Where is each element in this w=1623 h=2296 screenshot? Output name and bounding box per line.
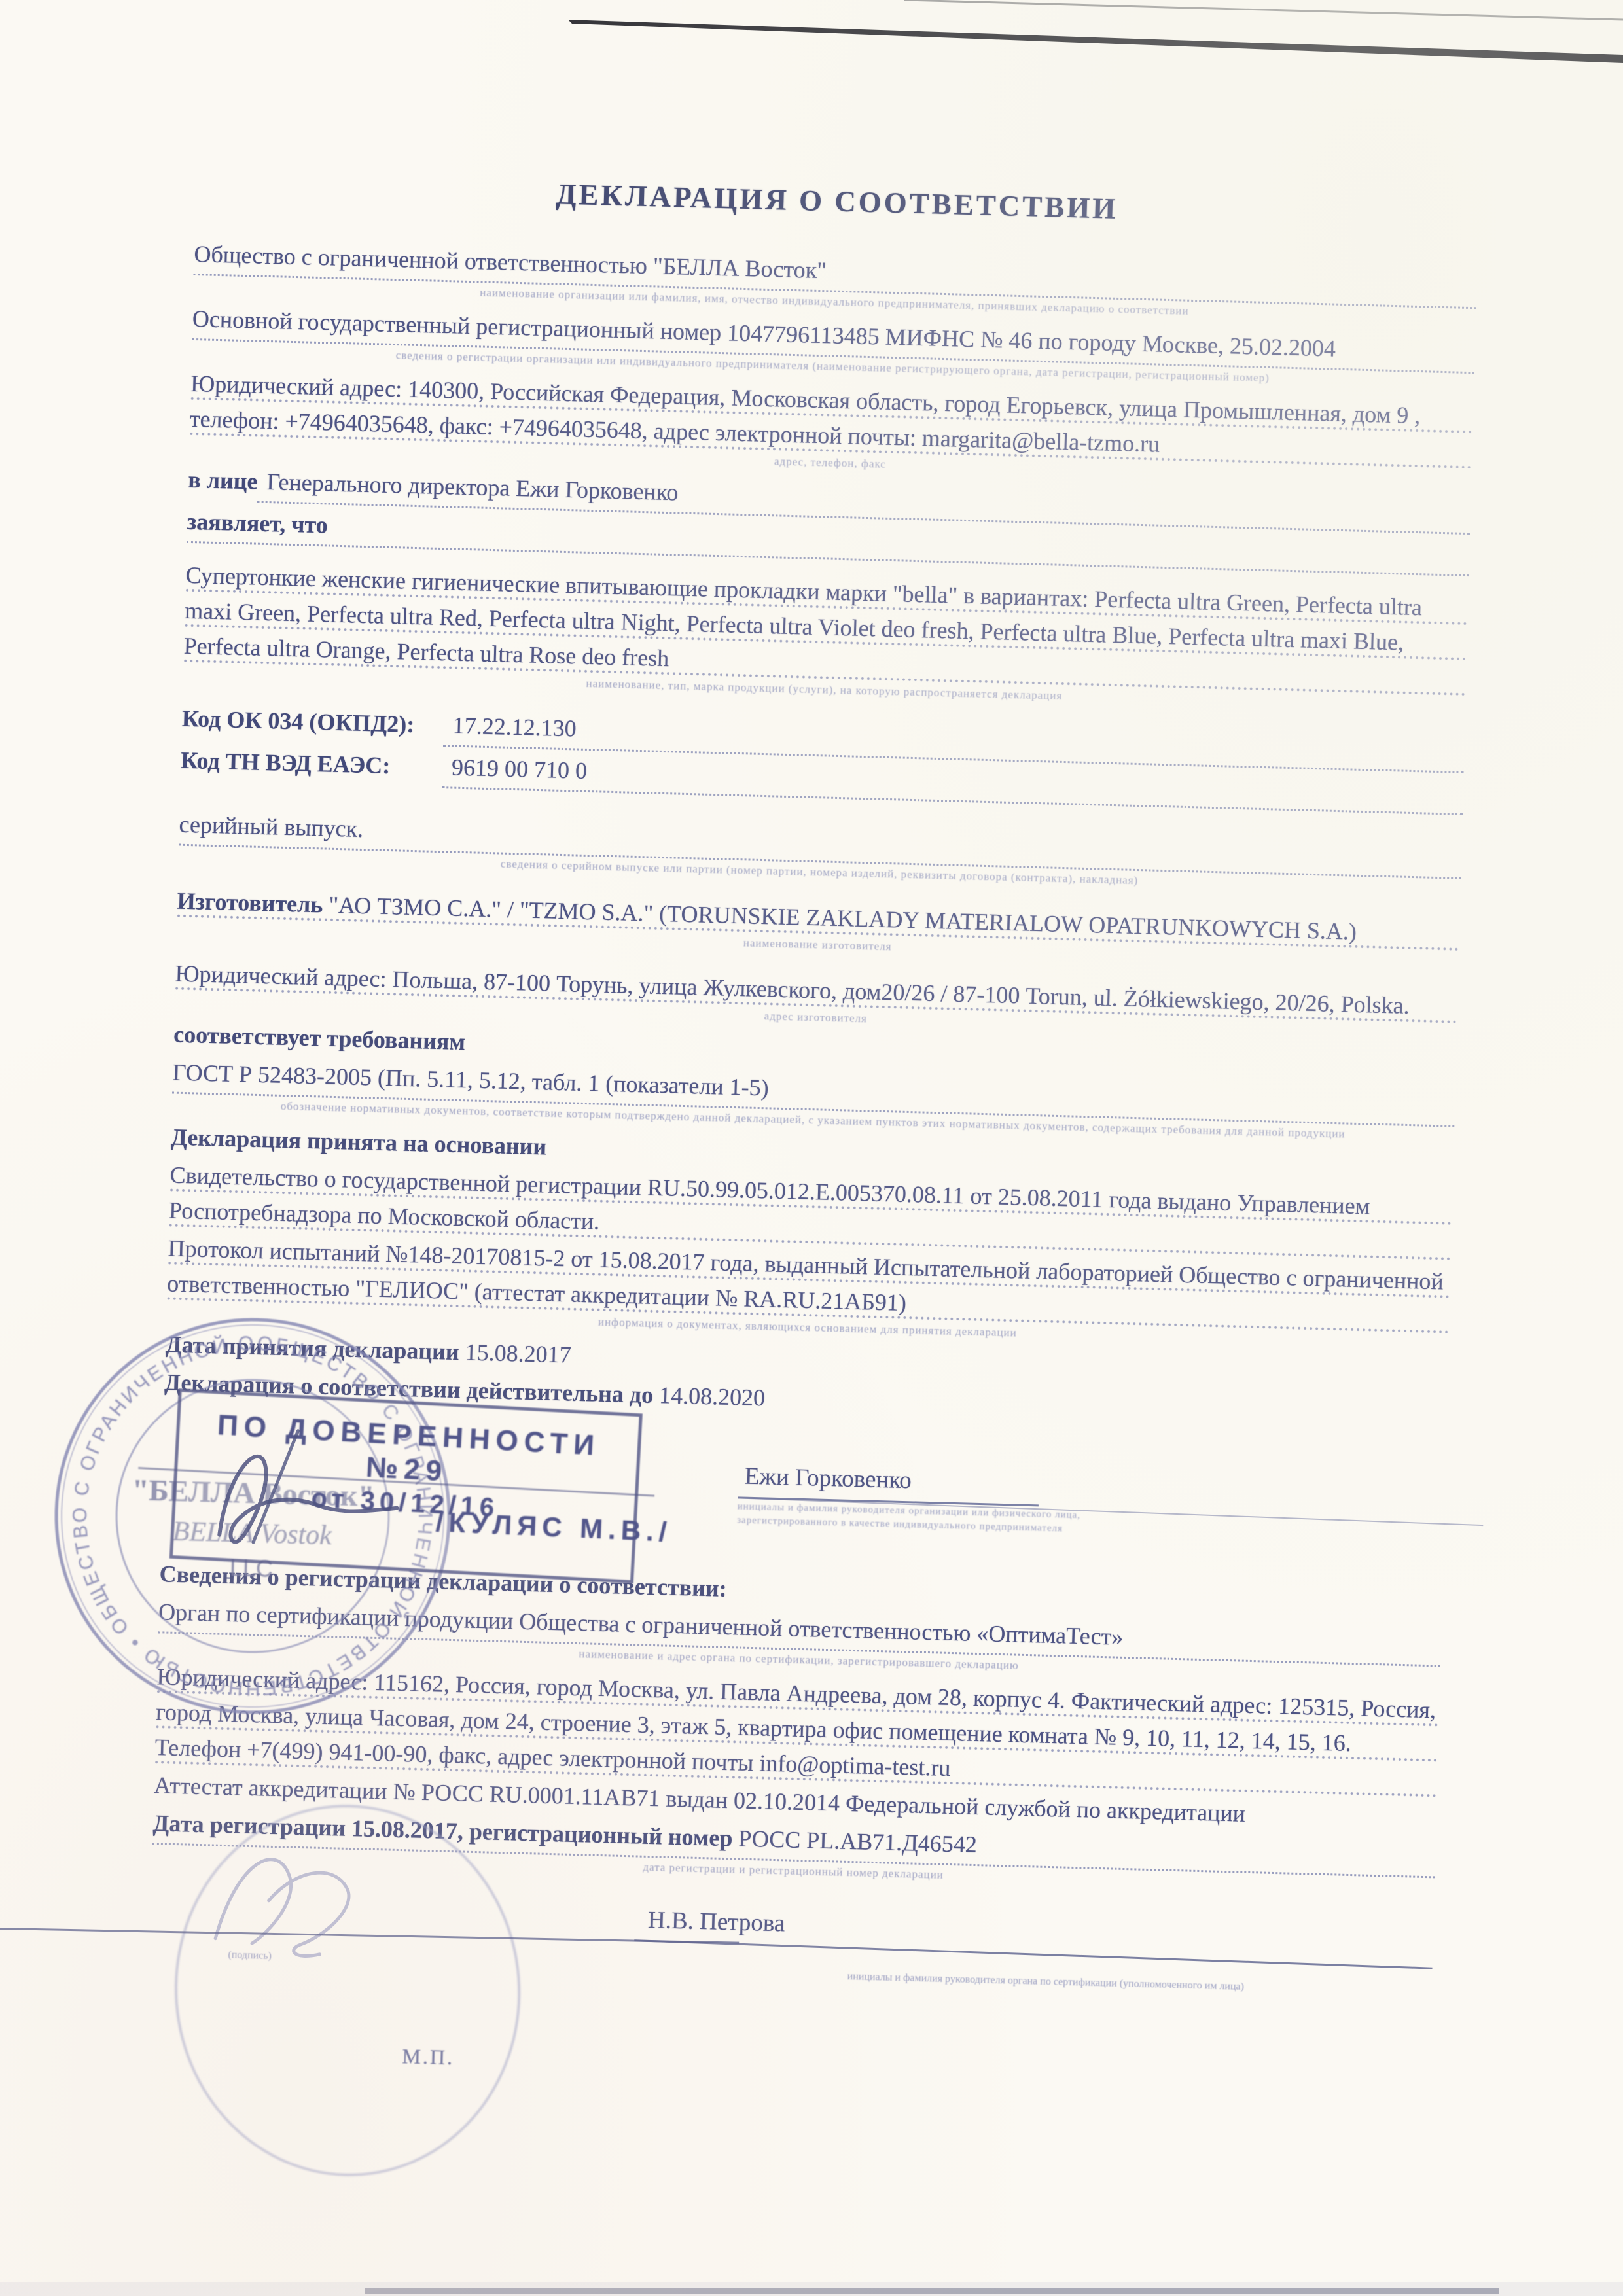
scan-artifact-top-lines	[0, 0, 1623, 111]
okpd-label: Код ОК 034 (ОКПД2):	[181, 701, 444, 743]
document-content: ДЕКЛАРАЦИЯ О СООТВЕТСТВИИ Общество с огр…	[146, 167, 1478, 2114]
scanned-declaration-page: ДЕКЛАРАЦИЯ О СООТВЕТСТВИИ Общество с огр…	[0, 0, 1623, 2296]
signer-caption: инициалы и фамилия руководителя организа…	[737, 1500, 1104, 1537]
certifier-signature	[188, 1820, 428, 1996]
bottom-signature-area: (подпись) Н.В. Петрова инициалы и фамили…	[146, 1878, 1433, 2114]
scan-artifact-bottom-strip	[365, 2288, 1499, 2294]
signature-line-caption: (подпись)	[228, 1937, 272, 1974]
scan-line-black	[568, 20, 1623, 63]
tnved-label: Код ТН ВЭД ЕАЭС:	[181, 743, 443, 785]
seal-place-label: М.П.	[402, 2038, 455, 2075]
scan-line-thin	[904, 0, 1623, 20]
manufacturer-label: Изготовитель	[177, 888, 323, 918]
director-signature	[179, 1409, 458, 1567]
signer-block: Ежи Горковенко инициалы и фамилия руково…	[736, 1458, 1105, 1546]
valid-until-value: 14.08.2020	[659, 1382, 766, 1411]
document-title: ДЕКЛАРАЦИЯ О СООТВЕТСТВИИ	[196, 167, 1479, 236]
certification-head-name: Н.В. Петрова	[647, 1903, 785, 1941]
registration-number: РОСС PL.АВ71.Д46542	[738, 1826, 977, 1858]
adoption-date-value: 15.08.2017	[465, 1339, 571, 1368]
signing-area: ОБЩЕСТВО С ОГРАНИЧЕННОЙ ОТВЕТСТВЕННОСТЬЮ…	[160, 1402, 1446, 1589]
in-person-label: в лице	[188, 462, 258, 499]
